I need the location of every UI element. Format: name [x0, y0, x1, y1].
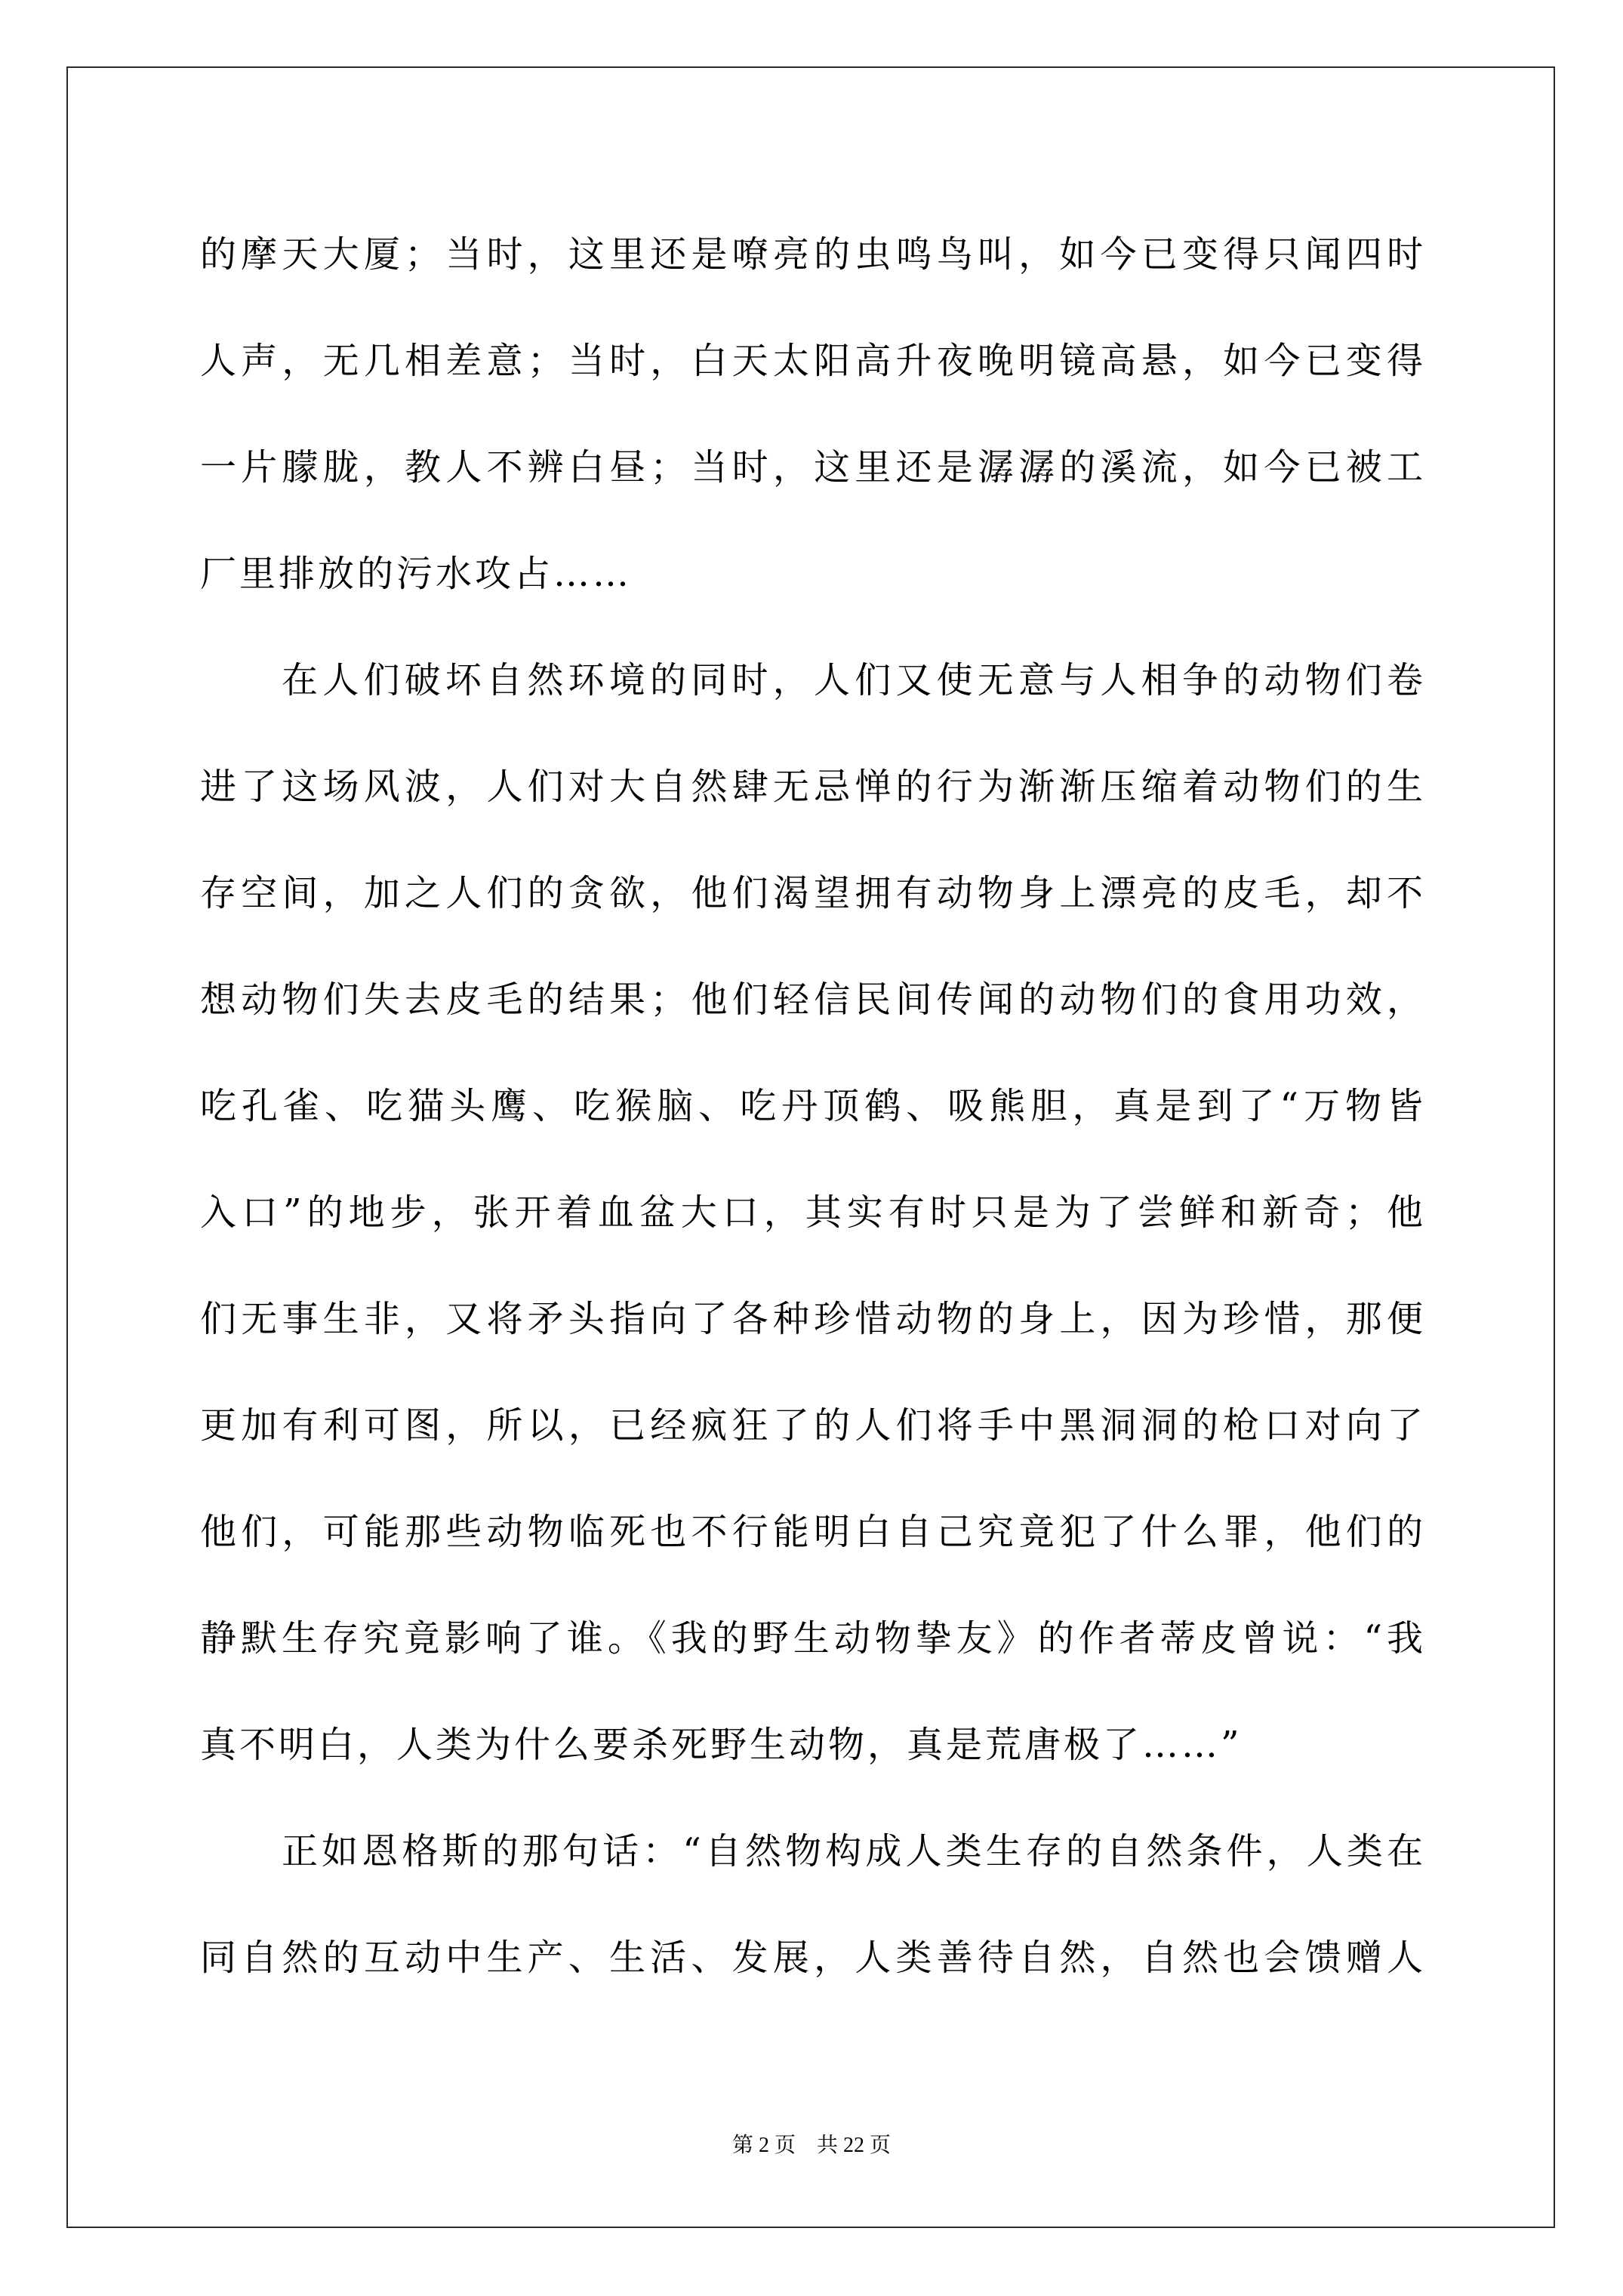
text-line: 入口”的地步，张开着血盆大口，其实有时只是为了尝鲜和新奇；他 — [200, 1190, 1423, 1235]
text-line: 一片朦胧，教人不辨白昼；当时，这里还是潺潺的溪流，如今已被工 — [200, 445, 1423, 490]
page-border — [66, 66, 1555, 2228]
text-line: 同自然的互动中生产、生活、发展，人类善待自然，自然也会馈赠人 — [200, 1935, 1423, 1980]
text-line: 想动物们失去皮毛的结果；他们轻信民间传闻的动物们的食用功效， — [200, 977, 1423, 1022]
text-line: 他们，可能那些动物临死也不行能明白自己究竟犯了什么罪，他们的 — [200, 1509, 1423, 1555]
text-line: 厂里排放的污水攻占…… — [200, 551, 1423, 596]
text-line: 静默生存究竟影响了谁。《我的野生动物挚友》的作者蒂皮曾说：“我 — [200, 1616, 1423, 1661]
paragraph-first-line: 正如恩格斯的那句话：“自然物构成人类生存的自然条件，人类在 — [282, 1829, 1423, 1874]
text-line: 的摩天大厦；当时，这里还是嘹亮的虫鸣鸟叫，如今已变得只闻四时 — [200, 232, 1423, 277]
text-line: 们无事生非，又将矛头指向了各种珍惜动物的身上，因为珍惜，那便 — [200, 1296, 1423, 1342]
text-line: 更加有利可图，所以，已经疯狂了的人们将手中黑洞洞的枪口对向了 — [200, 1403, 1423, 1448]
text-line: 进了这场风波，人们对大自然肆无忌惮的行为渐渐压缩着动物们的生 — [200, 764, 1423, 809]
text-line: 存空间，加之人们的贪欲，他们渴望拥有动物身上漂亮的皮毛，却不 — [200, 871, 1423, 916]
page-number-footer: 第 2 页 共 22 页 — [0, 2131, 1623, 2161]
text-line: 吃孔雀、吃猫头鹰、吃猴脑、吃丹顶鹤、吸熊胆，真是到了“万物皆 — [200, 1083, 1423, 1129]
text-line: 人声，无几相差意；当时，白天太阳高升夜晚明镜高悬，如今已变得 — [200, 338, 1423, 384]
paragraph-first-line: 在人们破坏自然环境的同时，人们又使无意与人相争的动物们卷 — [282, 658, 1423, 703]
text-line: 真不明白，人类为什么要杀死野生动物，真是荒唐极了……” — [200, 1722, 1423, 1767]
